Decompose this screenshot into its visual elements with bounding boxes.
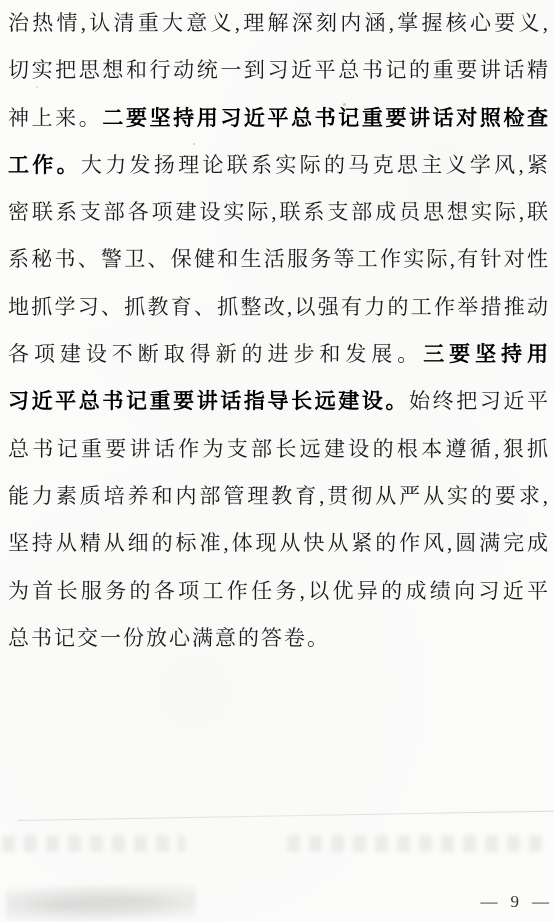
text-line: 为首长服务的各项工作任务,以优异的成绩向习近平 — [8, 568, 548, 615]
text-segment: 总书记重要讲话作为支部长远建设的根本遵循,狠抓 — [8, 437, 548, 461]
bold-heading-segment: 三要坚持用 — [423, 342, 548, 366]
text-line: 密联系支部各项建设实际,联系支部成员思想实际,联 — [8, 189, 548, 236]
scan-smudge-artifact — [6, 884, 196, 922]
scan-speck — [193, 143, 195, 145]
text-segment: 始终把习近平 — [409, 389, 548, 413]
text-segment: 为首长服务的各项工作任务,以优异的成绩向习近平 — [8, 579, 548, 603]
text-line: 总书记交一份放心满意的答卷。 — [8, 615, 548, 662]
text-line: 治热情,认清重大意义,理解深刻内涵,掌握核心要义, — [8, 0, 548, 47]
bleedthrough-text-artifact-left — [2, 835, 185, 852]
text-line: 习近平总书记重要讲话指导长远建设。始终把习近平 — [8, 378, 548, 425]
page-number-dash-right: — — [532, 892, 549, 912]
text-segment: 坚持从精从细的标准,体现从快从紧的作风,圆满完成 — [8, 531, 548, 555]
text-segment: 地抓学习、抓教育、抓整改,以强有力的工作举措推动 — [8, 295, 548, 319]
text-segment: 大力发扬理论联系实际的马克思主义学风,紧 — [81, 153, 548, 177]
text-segment: 密联系支部各项建设实际,联系支部成员思想实际,联 — [8, 200, 548, 224]
page-number: — 9 — — [481, 892, 550, 912]
page-number-dash-left: — — [481, 892, 498, 912]
page-number-value: 9 — [511, 892, 520, 912]
text-segment: 能力素质培养和内部管理教育,贯彻从严从实的要求, — [8, 484, 548, 508]
text-segment: 切实把思想和行动统一到习近平总书记的重要讲话精 — [8, 58, 548, 82]
text-line: 能力素质培养和内部管理教育,贯彻从严从实的要求, — [8, 473, 548, 520]
bold-heading-segment: 习近平总书记重要讲话指导长远建设。 — [8, 389, 409, 413]
text-line: 各项建设不断取得新的进步和发展。三要坚持用 — [8, 331, 548, 378]
text-line: 地抓学习、抓教育、抓整改,以强有力的工作举措推动 — [8, 284, 548, 331]
bold-heading-segment: 工作。 — [8, 153, 81, 177]
bold-heading-segment: 二要坚持用习近平总书记重要讲话对照检查 — [102, 106, 548, 130]
scan-crease-line — [18, 811, 554, 821]
text-segment: 治热情,认清重大意义,理解深刻内涵,掌握核心要义, — [8, 11, 548, 35]
scan-speck — [36, 86, 38, 88]
text-segment: 神上来。 — [8, 106, 102, 130]
scanned-document-page: 治热情,认清重大意义,理解深刻内涵,掌握核心要义,切实把思想和行动统一到习近平总… — [0, 0, 554, 922]
text-line: 工作。大力发扬理论联系实际的马克思主义学风,紧 — [8, 142, 548, 189]
bleedthrough-text-artifact-right — [287, 835, 543, 852]
text-segment: 各项建设不断取得新的进步和发展。 — [8, 342, 423, 366]
text-line: 切实把思想和行动统一到习近平总书记的重要讲话精 — [8, 47, 548, 94]
text-line: 神上来。二要坚持用习近平总书记重要讲话对照检查 — [8, 95, 548, 142]
text-line: 坚持从精从细的标准,体现从快从紧的作风,圆满完成 — [8, 520, 548, 567]
text-segment: 系秘书、警卫、保健和生活服务等工作实际,有针对性 — [8, 247, 548, 271]
text-line: 系秘书、警卫、保健和生活服务等工作实际,有针对性 — [8, 236, 548, 283]
text-segment: 总书记交一份放心满意的答卷。 — [8, 626, 330, 650]
scan-speck — [343, 103, 346, 106]
body-text-block: 治热情,认清重大意义,理解深刻内涵,掌握核心要义,切实把思想和行动统一到习近平总… — [8, 0, 548, 662]
text-line: 总书记重要讲话作为支部长远建设的根本遵循,狠抓 — [8, 426, 548, 473]
